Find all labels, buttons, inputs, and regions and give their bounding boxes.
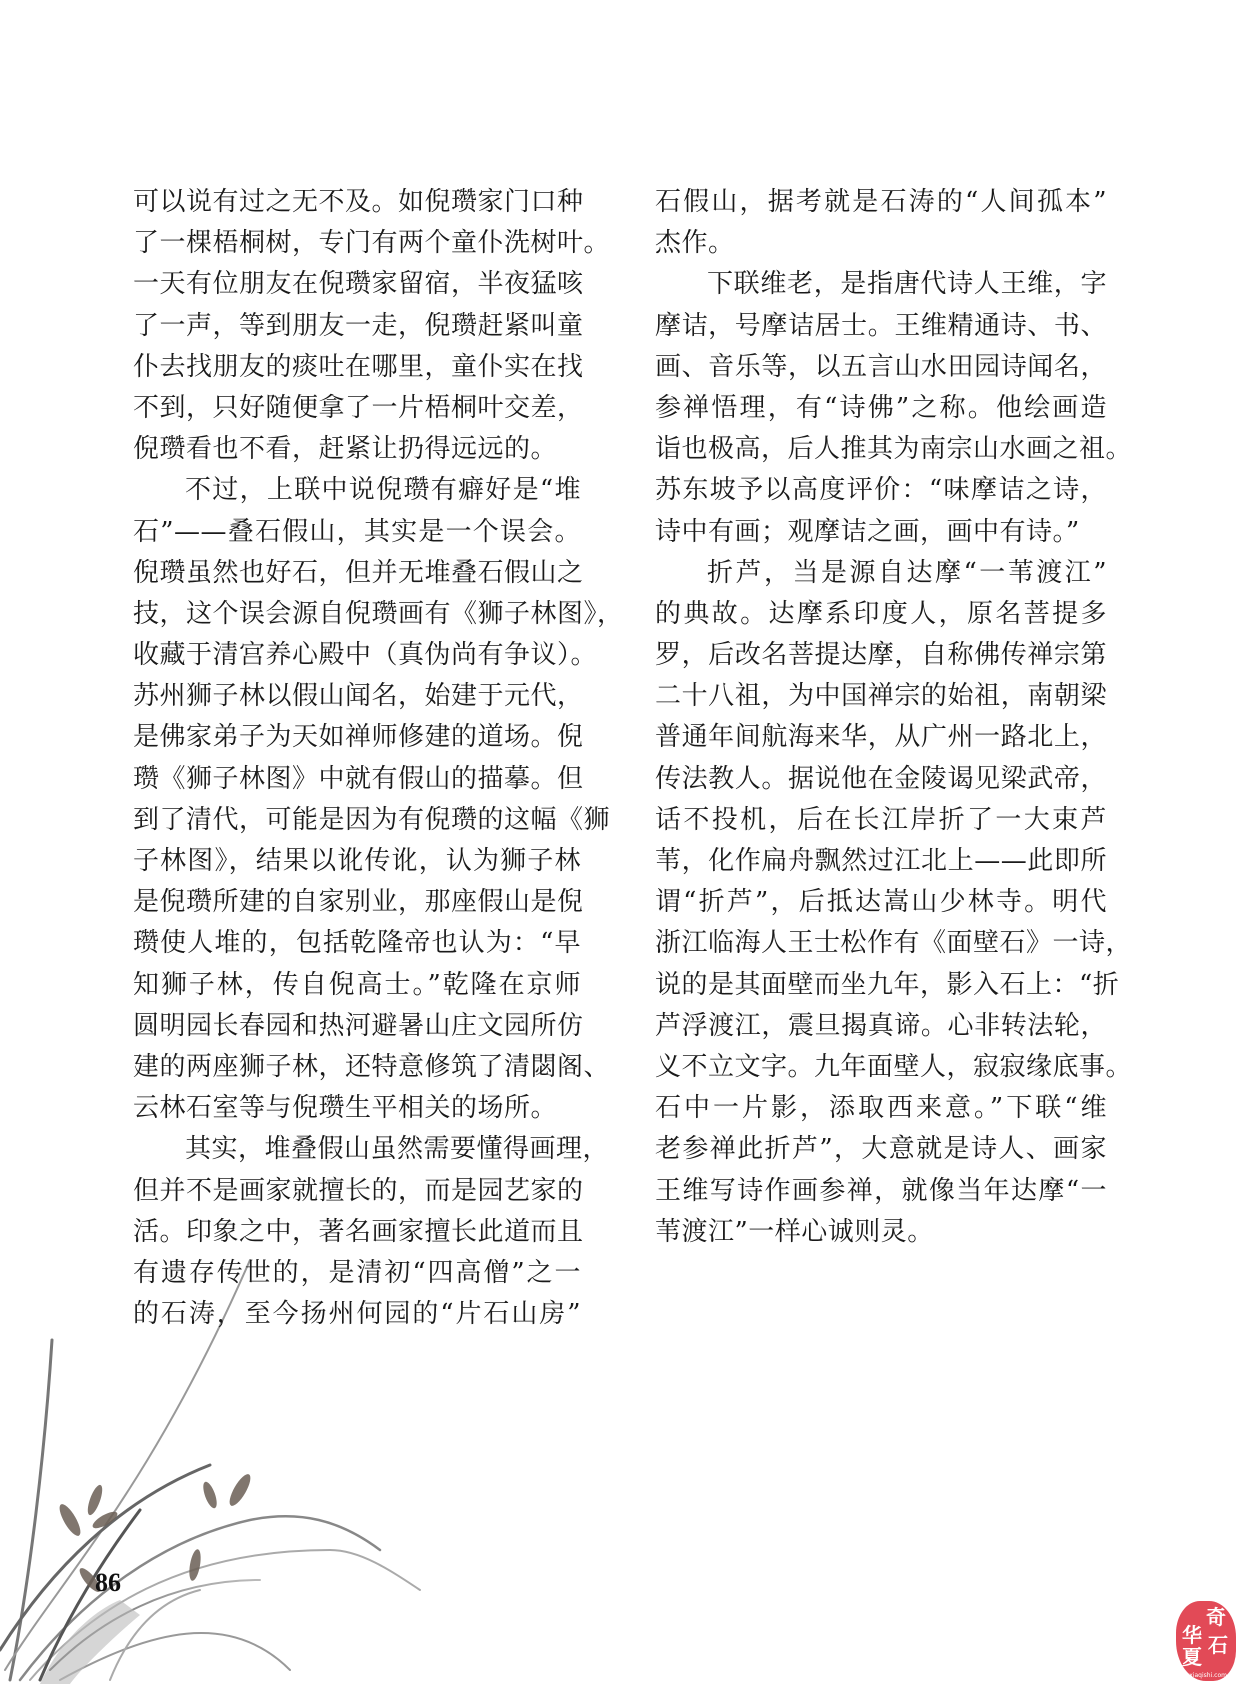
magazine-page: 可以说有过之无不及。如倪瓒家门口种 了一棵梧桐树，专门有两个童仆洗树叶。 一天有… [0, 0, 1241, 1684]
right-text-column: 石假山，据考就是石涛的“人间孤本” 杰作。 下联维老，是指唐代诗人王维，字 摩诘… [655, 182, 1107, 1253]
text-line: 苇，化作扁舟飘然过江北上——此即所 [655, 841, 1107, 882]
text-line: 二十八祖，为中国禅宗的始祖，南朝梁 [655, 676, 1107, 717]
text-line: 收藏于清宫养心殿中（真伪尚有争议）。 [133, 635, 581, 676]
text-line: 石假山，据考就是石涛的“人间孤本” [655, 182, 1107, 223]
seal-char: 石 [1208, 1635, 1228, 1655]
text-line: 有遗存传世的，是清初“四高僧”之一 [133, 1253, 581, 1294]
watermark-url: huaxiaqishi.com [1178, 1672, 1227, 1679]
text-line: 一天有位朋友在倪瓒家留宿，半夜猛咳 [133, 264, 581, 305]
text-line: 到了清代，可能是因为有倪瓒的这幅《狮 [133, 800, 581, 841]
text-line: 说的是其面壁而坐九年，影入石上：“折 [655, 965, 1107, 1006]
text-line: 画、音乐等，以五言山水田园诗闻名， [655, 347, 1107, 388]
seal-char: 奇 [1206, 1607, 1226, 1627]
text-line: 罗，后改名菩提达摩，自称佛传禅宗第 [655, 635, 1107, 676]
text-line: 诗中有画；观摩诘之画，画中有诗。” [655, 512, 1107, 553]
watermark-seal-logo: 奇 华 夏 石 huaxiaqishi.com [1176, 1601, 1236, 1681]
paragraph-start-line: 不过，上联中说倪瓒有癖好是“堆 [133, 470, 581, 511]
text-line: 活。印象之中，著名画家擅长此道而且 [133, 1212, 581, 1253]
text-line: 参禅悟理，有“诗佛”之称。他绘画造 [655, 388, 1107, 429]
text-line: 知狮子林，传自倪高士。”乾隆在京师 [133, 965, 581, 1006]
text-line: 倪瓒看也不看，赶紧让扔得远远的。 [133, 429, 581, 470]
text-line: 瓒《狮子林图》中就有假山的描摹。但 [133, 759, 581, 800]
text-line: 可以说有过之无不及。如倪瓒家门口种 [133, 182, 581, 223]
text-line: 杰作。 [655, 223, 1107, 264]
text-line: 苏州狮子林以假山闻名，始建于元代， [133, 676, 581, 717]
text-line: 苏东坡予以高度评价：“味摩诘之诗， [655, 470, 1107, 511]
text-line: 云林石室等与倪瓒生平相关的场所。 [133, 1088, 581, 1129]
text-line: 话不投机，后在长江岸折了一大束芦 [655, 800, 1107, 841]
text-line: 但并不是画家就擅长的，而是园艺家的 [133, 1171, 581, 1212]
text-line: 谓“折芦”，后抵达嵩山少林寺。明代 [655, 882, 1107, 923]
text-line: 倪瓒虽然也好石，但并无堆叠石假山之 [133, 553, 581, 594]
paragraph-start-line: 其实，堆叠假山虽然需要懂得画理， [133, 1129, 581, 1170]
text-line: 不到，只好随便拿了一片梧桐叶交差， [133, 388, 581, 429]
text-line: 浙江临海人王士松作有《面壁石》一诗， [655, 923, 1107, 964]
text-line: 仆去找朋友的痰吐在哪里，童仆实在找 [133, 347, 581, 388]
seal-char: 夏 [1182, 1647, 1202, 1667]
text-line: 传法教人。据说他在金陵谒见梁武帝， [655, 759, 1107, 800]
text-line: 建的两座狮子林，还特意修筑了清閟阁、 [133, 1047, 581, 1088]
text-line: 义不立文字。九年面壁人，寂寂缘底事。 [655, 1047, 1107, 1088]
text-line: 芦浮渡江，震旦揭真谛。心非转法轮， [655, 1006, 1107, 1047]
text-line: 瓒使人堆的，包括乾隆帝也认为：“早 [133, 923, 581, 964]
paragraph-start-line: 下联维老，是指唐代诗人王维，字 [655, 264, 1107, 305]
text-line: 老参禅此折芦”，大意就是诗人、画家 [655, 1129, 1107, 1170]
text-line: 了一声，等到朋友一走，倪瓒赶紧叫童 [133, 306, 581, 347]
text-line: 摩诘，号摩诘居士。王维精通诗、书、 [655, 306, 1107, 347]
paragraph-start-line: 折芦，当是源自达摩“一苇渡江” [655, 553, 1107, 594]
text-line: 诣也极高，后人推其为南宗山水画之祖。 [655, 429, 1107, 470]
text-line: 石”——叠石假山，其实是一个误会。 [133, 512, 581, 553]
text-line: 的典故。达摩系印度人，原名菩提多 [655, 594, 1107, 635]
left-text-column: 可以说有过之无不及。如倪瓒家门口种 了一棵梧桐树，专门有两个童仆洗树叶。 一天有… [133, 182, 581, 1335]
text-line: 圆明园长春园和热河避暑山庄文园所仿 [133, 1006, 581, 1047]
text-line: 的石涛，至今扬州何园的“片石山房” [133, 1294, 581, 1335]
seal-char: 华 [1182, 1625, 1202, 1645]
text-line: 技，这个误会源自倪瓒画有《狮子林图》， [133, 594, 581, 635]
text-line: 苇渡江”一样心诚则灵。 [655, 1212, 1107, 1253]
text-line: 是佛家弟子为天如禅师修建的道场。倪 [133, 717, 581, 758]
text-line: 是倪瓒所建的自家别业，那座假山是倪 [133, 882, 581, 923]
text-line: 了一棵梧桐树，专门有两个童仆洗树叶。 [133, 223, 581, 264]
text-line: 子林图》，结果以讹传讹，认为狮子林 [133, 841, 581, 882]
page-number: 86 [95, 1568, 121, 1598]
text-line: 王维写诗作画参禅，就像当年达摩“一 [655, 1171, 1107, 1212]
text-line: 石中一片影，添取西来意。”下联“维 [655, 1088, 1107, 1129]
text-line: 普通年间航海来华，从广州一路北上， [655, 717, 1107, 758]
